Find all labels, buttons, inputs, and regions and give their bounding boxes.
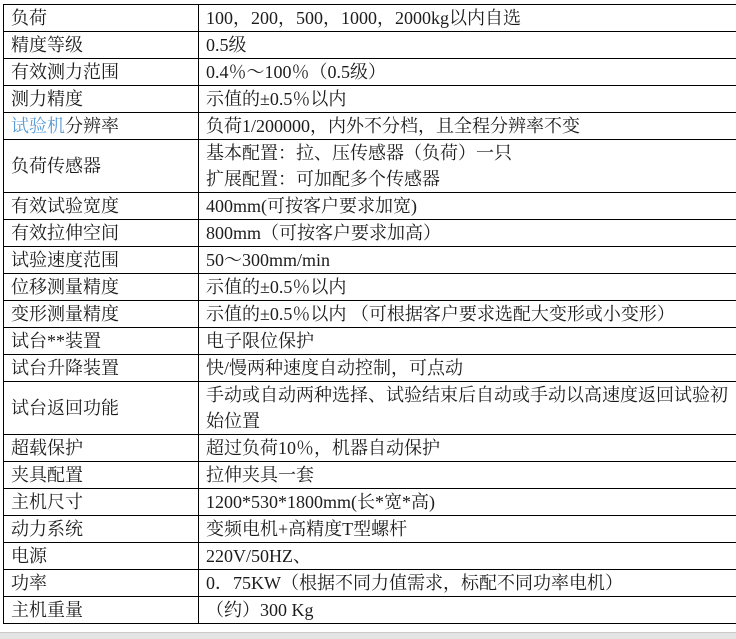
spec-label-cell: 试验速度范围	[4, 247, 199, 274]
table-row: 试台**装置电子限位保护	[4, 328, 736, 355]
table-row: 试台升降装置快/慢两种速度自动控制，可点动	[4, 355, 736, 382]
spec-label-cell: 有效试验宽度	[4, 193, 199, 220]
spec-value-cell: 超过负荷10％，机器自动保护	[199, 435, 736, 462]
spec-value-cell: 100，200，500，1000，2000kg以内自选	[199, 5, 736, 32]
spec-label-cell: 超载保护	[4, 435, 199, 462]
spec-value-cell: （约）300 Kg	[199, 597, 736, 624]
spec-value-cell: 负荷1/200000，内外不分档，且全程分辨率不变	[199, 113, 736, 140]
table-row: 有效试验宽度400mm(可按客户要求加宽)	[4, 193, 736, 220]
spec-label: 分辨率	[65, 116, 119, 136]
table-row: 位移测量精度示值的±0.5％以内	[4, 274, 736, 301]
spec-label-cell: 负荷传感器	[4, 140, 199, 193]
spec-label-cell: 负荷	[4, 5, 199, 32]
spec-value-cell: 手动或自动两种选择、试验结束后自动或手动以高速度返回试验初始位置	[199, 382, 736, 435]
spec-table: 负荷100，200，500，1000，2000kg以内自选精度等级0.5级有效测…	[3, 4, 736, 624]
spec-label-cell: 试台返回功能	[4, 382, 199, 435]
spec-label-cell: 有效测力范围	[4, 59, 199, 86]
spec-label-cell: 动力系统	[4, 516, 199, 543]
spec-label-cell: 精度等级	[4, 32, 199, 59]
spec-label-cell: 电源	[4, 543, 199, 570]
spec-value-cell: 800mm（可按客户要求加高）	[199, 220, 736, 247]
table-row: 试台返回功能手动或自动两种选择、试验结束后自动或手动以高速度返回试验初始位置	[4, 382, 736, 435]
table-row: 试验机分辨率负荷1/200000，内外不分档，且全程分辨率不变	[4, 113, 736, 140]
table-row: 有效拉伸空间800mm（可按客户要求加高）	[4, 220, 736, 247]
spec-label-cell: 位移测量精度	[4, 274, 199, 301]
spec-label-cell: 试台升降装置	[4, 355, 199, 382]
spec-value-cell: 基本配置：拉、压传感器（负荷）一只扩展配置：可加配多个传感器	[199, 140, 736, 193]
table-row: 变形测量精度示值的±0.5％以内 （可根据客户要求选配大变形或小变形）	[4, 301, 736, 328]
table-row: 动力系统变频电机+高精度T型螺杆	[4, 516, 736, 543]
table-row: 负荷100，200，500，1000，2000kg以内自选	[4, 5, 736, 32]
spec-label-cell: 试验机分辨率	[4, 113, 199, 140]
table-row: 超载保护超过负荷10％，机器自动保护	[4, 435, 736, 462]
spec-label-cell: 夹具配置	[4, 462, 199, 489]
table-row: 有效测力范围0.4％～100％（0.5级）	[4, 59, 736, 86]
keyword-link[interactable]: 试验机	[11, 116, 65, 136]
spec-value-line: 扩展配置：可加配多个传感器	[206, 166, 736, 192]
spec-value-cell: 拉伸夹具一套	[199, 462, 736, 489]
spec-value-cell: 示值的±0.5％以内 （可根据客户要求选配大变形或小变形）	[199, 301, 736, 328]
table-row: 主机尺寸1200*530*1800mm(长*宽*高)	[4, 489, 736, 516]
spec-value-cell: 220V/50HZ、	[199, 543, 736, 570]
spec-value-cell: 变频电机+高精度T型螺杆	[199, 516, 736, 543]
table-row: 试验速度范围50～300mm/min	[4, 247, 736, 274]
spec-value-cell: 0．75KW（根据不同力值需求，标配不同功率电机）	[199, 570, 736, 597]
spec-label-cell: 试台**装置	[4, 328, 199, 355]
spec-label-cell: 变形测量精度	[4, 301, 199, 328]
spec-label-cell: 有效拉伸空间	[4, 220, 199, 247]
spec-value-cell: 快/慢两种速度自动控制，可点动	[199, 355, 736, 382]
spec-value-cell: 0.5级	[199, 32, 736, 59]
spec-value-cell: 电子限位保护	[199, 328, 736, 355]
table-row: 主机重量（约）300 Kg	[4, 597, 736, 624]
spec-value-cell: 0.4％～100％（0.5级）	[199, 59, 736, 86]
spec-label-cell: 功率	[4, 570, 199, 597]
table-row: 精度等级0.5级	[4, 32, 736, 59]
spec-label-cell: 测力精度	[4, 86, 199, 113]
spec-value-cell: 示值的±0.5％以内	[199, 86, 736, 113]
spec-value-cell: 50～300mm/min	[199, 247, 736, 274]
table-row: 测力精度示值的±0.5％以内	[4, 86, 736, 113]
spec-sheet-page: 负荷100，200，500，1000，2000kg以内自选精度等级0.5级有效测…	[0, 0, 736, 639]
table-row: 负荷传感器基本配置：拉、压传感器（负荷）一只扩展配置：可加配多个传感器	[4, 140, 736, 193]
spec-label-cell: 主机重量	[4, 597, 199, 624]
below-table-strip	[0, 632, 736, 639]
table-row: 夹具配置拉伸夹具一套	[4, 462, 736, 489]
spec-value-cell: 示值的±0.5％以内	[199, 274, 736, 301]
table-row: 功率0．75KW（根据不同力值需求，标配不同功率电机）	[4, 570, 736, 597]
spec-value-cell: 1200*530*1800mm(长*宽*高)	[199, 489, 736, 516]
table-row: 电源220V/50HZ、	[4, 543, 736, 570]
spec-value-cell: 400mm(可按客户要求加宽)	[199, 193, 736, 220]
spec-table-body: 负荷100，200，500，1000，2000kg以内自选精度等级0.5级有效测…	[4, 5, 736, 624]
spec-value-line: 基本配置：拉、压传感器（负荷）一只	[206, 140, 736, 166]
spec-label-cell: 主机尺寸	[4, 489, 199, 516]
